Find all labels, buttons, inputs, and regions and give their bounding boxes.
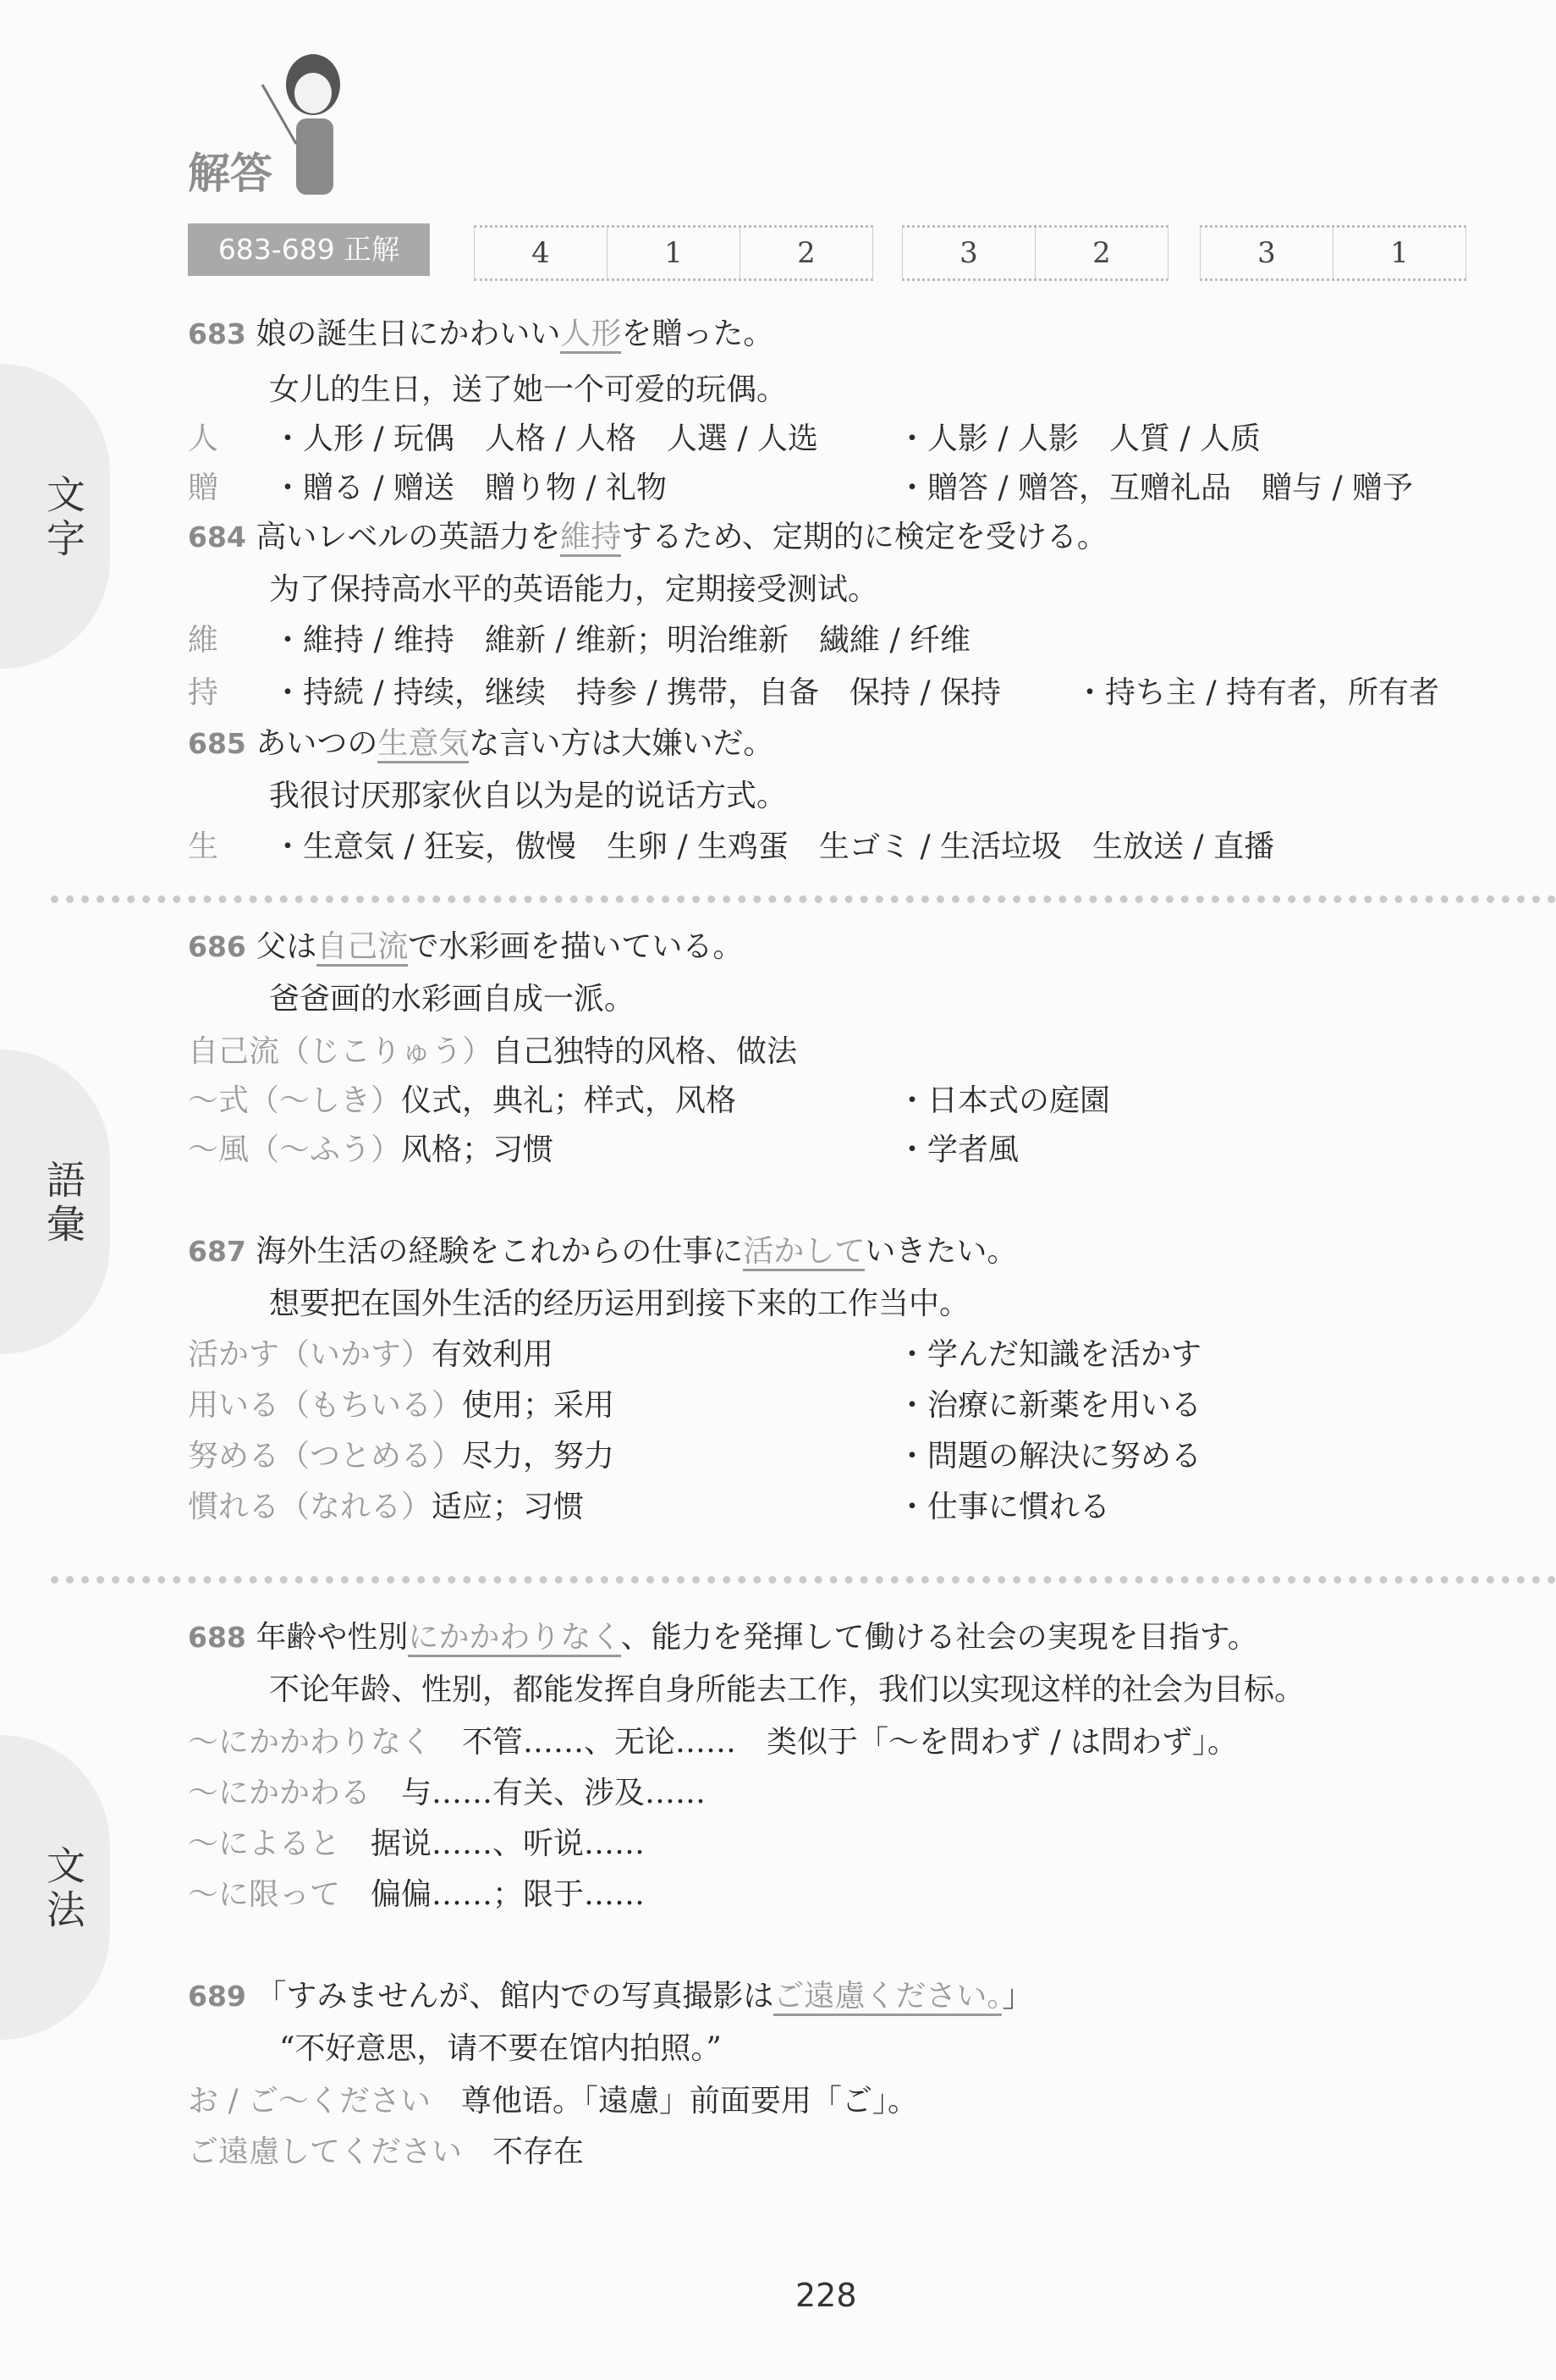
answer-688: 3 xyxy=(1201,228,1333,278)
vocab-right: ・人影 / 人影 人質 / 人质 xyxy=(897,415,1261,458)
section-divider xyxy=(51,895,1556,903)
target-word: 自己流 xyxy=(316,929,408,967)
vocab-right: ・持ち主 / 持有者，所有者 xyxy=(1075,669,1439,712)
answer-group-3: 3 1 xyxy=(1200,225,1466,281)
teacher-illustration-icon xyxy=(254,51,355,203)
grammar-row: ～にかかわりなく 不管……、无论…… 类似于「～を問わず / は問わず」。 xyxy=(188,1718,1238,1761)
answer-group-2: 3 2 xyxy=(902,225,1168,281)
kanji-row: 持 xyxy=(188,669,218,712)
vocab-left: ・贈る / 赠送 贈り物 / 礼物 xyxy=(272,464,667,507)
target-word: 人形 xyxy=(560,317,621,354)
kanji-row: 維 xyxy=(188,616,218,659)
example: ・仕事に慣れる xyxy=(897,1483,1110,1526)
question-685: 685 あいつの生意気な言い方は大嫌いだ。 xyxy=(188,719,773,763)
grammar-row: ～にかかわる 与……有关、涉及…… xyxy=(188,1769,706,1812)
section-divider xyxy=(51,1576,1556,1584)
vocab-left: ・持続 / 持续，继续 持参 / 携带，自备 保持 / 保持 xyxy=(272,669,1001,712)
question-689: 689 「すみませんが、館内での写真撮影はご遠慮ください。」 xyxy=(188,1972,1032,2015)
vocab-row: 自己流（じこりゅう）自己独特的风格、做法 xyxy=(188,1027,797,1071)
example: ・治療に新薬を用いる xyxy=(897,1381,1201,1424)
question-687: 687 海外生活の経験をこれからの仕事に活かしていきたい。 xyxy=(188,1227,1017,1270)
answer-range-badge: 683-689 正解 xyxy=(188,223,430,276)
section-tab-goi: 語彙 xyxy=(0,1050,110,1354)
vocab-left: ・人形 / 玩偶 人格 / 人格 人選 / 人选 xyxy=(272,415,818,458)
answer-684: 1 xyxy=(608,228,740,278)
section-tab-bunpo: 文法 xyxy=(0,1735,110,2040)
grammar-row: ～に限って 偏偏……；限于…… xyxy=(188,1870,645,1914)
example: ・学者風 xyxy=(897,1126,1019,1169)
vocab-row: 活かす（いかす）有效利用 xyxy=(188,1330,553,1374)
translation-687: 想要把在国外生活的经历运用到接下来的工作当中。 xyxy=(269,1280,970,1323)
example: ・問題の解決に努める xyxy=(897,1432,1201,1475)
vocab-row: ～風（～ふう）风格；习惯 xyxy=(188,1126,553,1169)
target-word: 生意気 xyxy=(377,726,469,763)
translation-685: 我很讨厌那家伙自以为是的说话方式。 xyxy=(269,772,787,815)
target-word: 維持 xyxy=(560,520,621,557)
vocab-right: ・贈答 / 赠答，互赠礼品 贈与 / 赠予 xyxy=(897,464,1413,507)
kanji-row: 人 xyxy=(188,415,218,458)
example: ・学んだ知識を活かす xyxy=(897,1330,1201,1374)
vocab-row: 慣れる（なれる）适应；习惯 xyxy=(188,1483,584,1526)
target-word: 活かして xyxy=(743,1234,865,1271)
translation-686: 爸爸画的水彩画自成一派。 xyxy=(269,975,635,1018)
grammar-row: ～によると 据说……、听说…… xyxy=(188,1820,645,1863)
question-684: 684 高いレベルの英語力を維持するため、定期的に検定を受ける。 xyxy=(188,513,1108,556)
vocab-row: ～式（～しき）仪式，典礼；样式，风格 xyxy=(188,1077,736,1120)
vocab-row: 努める（つとめる）尽力，努力 xyxy=(188,1432,614,1475)
vocab-left: ・生意気 / 狂妄，傲慢 生卵 / 生鸡蛋 生ゴミ / 生活垃圾 生放送 / 直… xyxy=(272,823,1274,866)
answer-group-1: 4 1 2 xyxy=(474,225,873,281)
page-number: 228 xyxy=(795,2277,857,2314)
vocab-row: 用いる（もちいる）使用；采用 xyxy=(188,1381,614,1424)
target-word: にかかわりなく xyxy=(408,1620,620,1657)
target-word: ご遠慮ください。 xyxy=(773,1979,1002,2016)
translation-688: 不论年龄、性别，都能发挥自身所能去工作，我们以实现这样的社会为目标。 xyxy=(269,1666,1305,1709)
translation-689: “不好意思，请不要在馆内拍照。” xyxy=(279,2025,722,2068)
vocab-left: ・維持 / 维持 維新 / 维新；明治维新 繊維 / 纤维 xyxy=(272,616,970,659)
translation-684: 为了保持高水平的英语能力，定期接受测试。 xyxy=(269,565,878,609)
example: ・日本式の庭園 xyxy=(897,1077,1110,1120)
question-686: 686 父は自己流で水彩画を描いている。 xyxy=(188,923,743,966)
answer-685: 2 xyxy=(740,228,872,278)
question-683: 683 娘の誕生日にかわいい人形を贈った。 xyxy=(188,310,773,353)
section-tab-moji: 文字 xyxy=(0,364,110,669)
answer-689: 1 xyxy=(1333,228,1465,278)
answer-687: 2 xyxy=(1036,228,1168,278)
answer-686: 3 xyxy=(903,228,1036,278)
translation-683: 女儿的生日，送了她一个可爱的玩偶。 xyxy=(269,366,787,409)
grammar-row: ご遠慮してください 不存在 xyxy=(188,2128,584,2171)
kanji-row: 生 xyxy=(188,823,218,866)
kanji-row: 贈 xyxy=(188,464,218,507)
question-688: 688 年齢や性別にかかわりなく、能力を発揮して働ける社会の実現を目指す。 xyxy=(188,1613,1258,1656)
answer-683: 4 xyxy=(475,228,608,278)
grammar-row: お / ご～ください 尊他语。「遠慮」前面要用「ご」。 xyxy=(188,2077,918,2120)
